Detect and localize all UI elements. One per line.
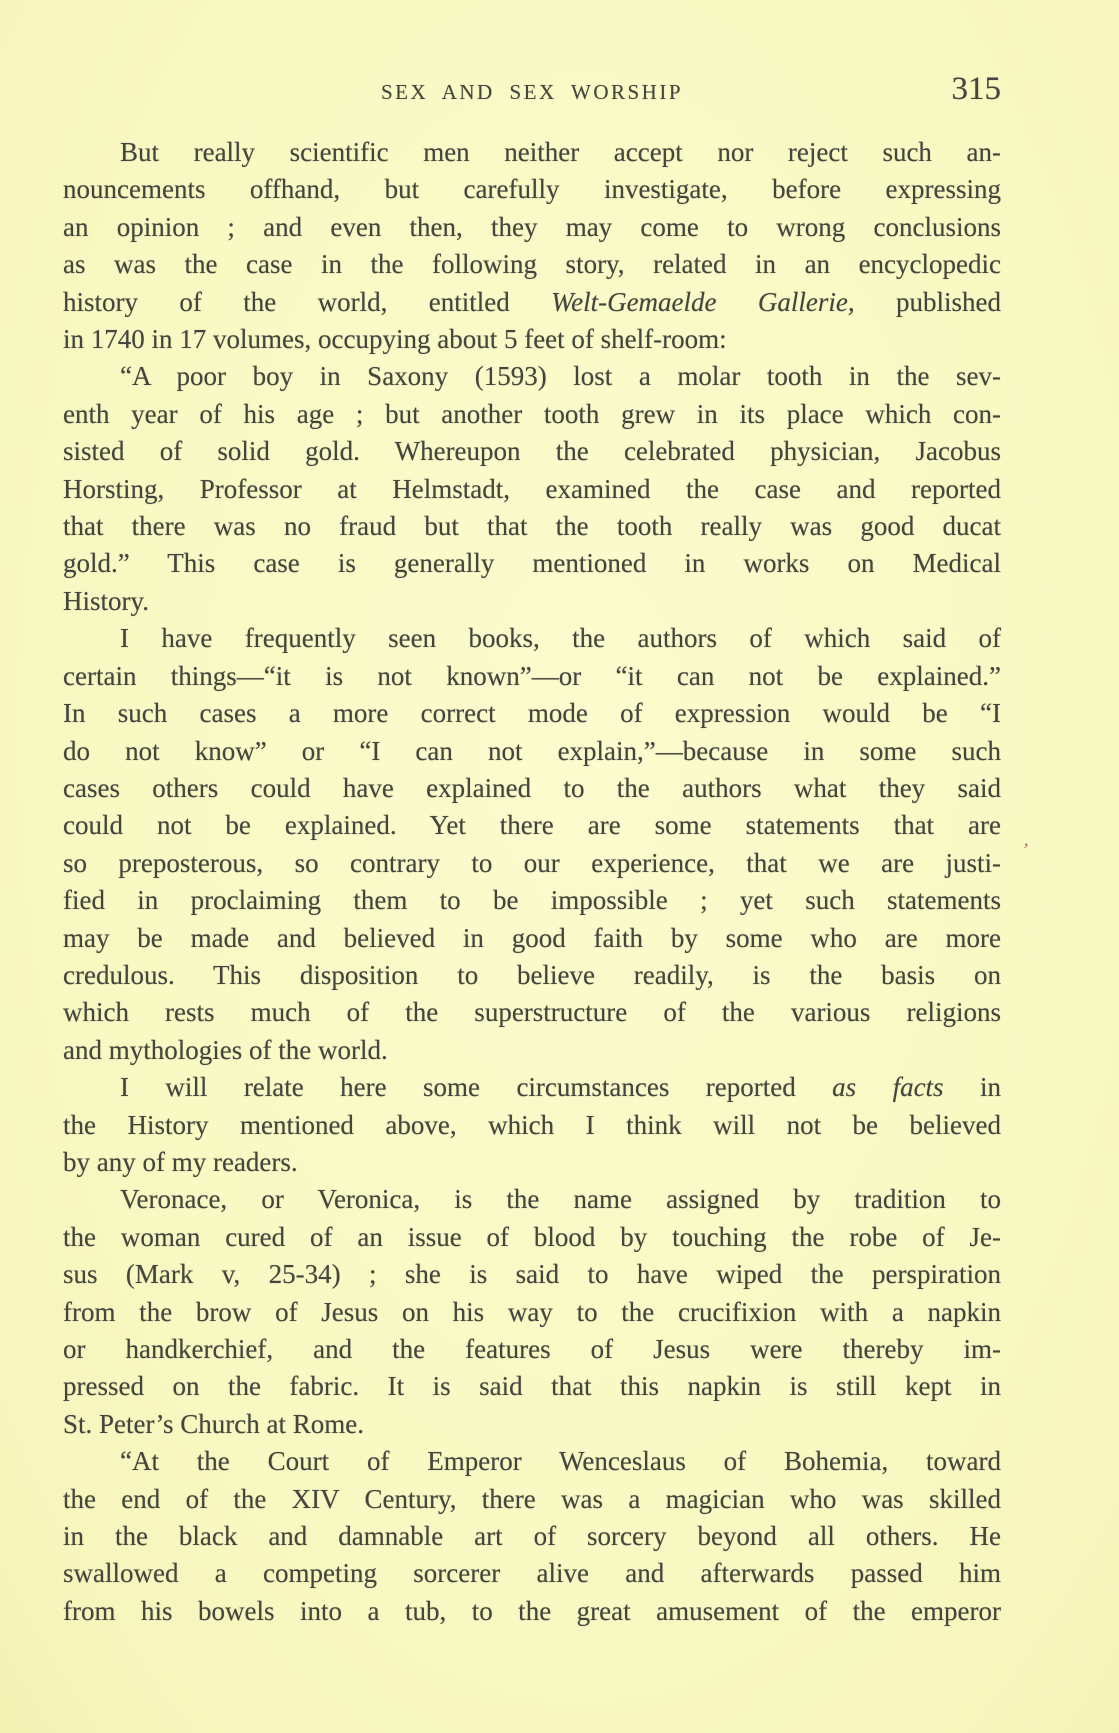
text-line: Veronace, or Veronica, is the name assig… (63, 1181, 1001, 1218)
text-line: pressed on the fabric. It is said that t… (63, 1368, 1001, 1405)
text-line: In such cases a more correct mode of exp… (63, 695, 1001, 732)
text-line: by any of my readers. (63, 1144, 1001, 1181)
text-segment: gold.” This case is generally mentioned … (63, 548, 1001, 578)
text-segment: so preposterous, so contrary to our expe… (63, 848, 1001, 878)
text-segment: St. Peter’s Church at Rome. (63, 1409, 364, 1439)
text-line: credulous. This disposition to believe r… (63, 957, 1001, 994)
text-line: St. Peter’s Church at Rome. (63, 1406, 1001, 1443)
paragraph: “A poor boy in Saxony (1593) lost a mola… (63, 358, 1001, 620)
text-line: that there was no fraud but that the too… (63, 508, 1001, 545)
text-segment: certain things—“it is not known”—or “it … (63, 661, 1001, 691)
text-segment: I have frequently seen books, the author… (120, 623, 1001, 653)
text-line: sus (Mark v, 25-34) ; she is said to hav… (63, 1256, 1001, 1293)
text-line: nouncements offhand, but carefully inves… (63, 171, 1001, 208)
text-segment: Horsting, Professor at Helmstadt, examin… (63, 474, 1001, 504)
text-segment: do not know” or “I can not explain,”—bec… (63, 736, 1001, 766)
text-line: History. (63, 583, 1001, 620)
text-segment: the end of the XIV Century, there was a … (63, 1484, 1001, 1514)
text-segment: fied in proclaiming them to be impossibl… (63, 885, 1001, 915)
text-segment: Veronace, or Veronica, is the name assig… (120, 1184, 1001, 1214)
text-line: as was the case in the following story, … (63, 246, 1001, 283)
text-line: so preposterous, so contrary to our expe… (63, 845, 1001, 882)
italic-text: Welt-Gemaelde Gallerie, (551, 287, 855, 317)
text-line: or handkerchief, and the features of Jes… (63, 1331, 1001, 1368)
text-line: may be made and believed in good faith b… (63, 920, 1001, 957)
text-segment: which rests much of the superstructure o… (63, 997, 1001, 1027)
text-segment: sus (Mark v, 25-34) ; she is said to hav… (63, 1259, 1001, 1289)
text-line: Horsting, Professor at Helmstadt, examin… (63, 471, 1001, 508)
text-segment: the woman cured of an issue of blood by … (63, 1222, 1001, 1252)
book-page: SEX AND SEX WORSHIP 315 But really scien… (0, 0, 1119, 1733)
text-line: sisted of solid gold. Whereupon the cele… (63, 433, 1001, 470)
page-body: But really scientific men neither accept… (63, 134, 1001, 1630)
text-line: the end of the XIV Century, there was a … (63, 1481, 1001, 1518)
text-segment: history of the world, entitled (63, 287, 551, 317)
text-line: I will relate here some circumstances re… (63, 1069, 1001, 1106)
text-segment: as was the case in the following story, … (63, 249, 1001, 279)
text-segment: by any of my readers. (63, 1147, 298, 1177)
text-line: and mythologies of the world. (63, 1032, 1001, 1069)
text-line: cases others could have explained to the… (63, 770, 1001, 807)
text-line: an opinion ; and even then, they may com… (63, 209, 1001, 246)
text-line: “At the Court of Emperor Wenceslaus of B… (63, 1443, 1001, 1480)
text-segment: or handkerchief, and the features of Jes… (63, 1334, 1001, 1364)
text-line: in the black and damnable art of sorcery… (63, 1518, 1001, 1555)
text-segment: enth year of his age ; but another tooth… (63, 399, 1001, 429)
text-line: do not know” or “I can not explain,”—bec… (63, 733, 1001, 770)
text-segment: in 1740 in 17 volumes, occupying about 5… (63, 324, 727, 354)
text-segment: credulous. This disposition to believe r… (63, 960, 1001, 990)
running-header: SEX AND SEX WORSHIP 315 (63, 80, 1001, 105)
text-line: “A poor boy in Saxony (1593) lost a mola… (63, 358, 1001, 395)
text-line: I have frequently seen books, the author… (63, 620, 1001, 657)
text-line: enth year of his age ; but another tooth… (63, 396, 1001, 433)
paragraph: I will relate here some circumstances re… (63, 1069, 1001, 1181)
paragraph: Veronace, or Veronica, is the name assig… (63, 1181, 1001, 1443)
page-number: 315 (952, 71, 1002, 108)
text-segment: In such cases a more correct mode of exp… (63, 698, 1001, 728)
text-segment: in (944, 1072, 1001, 1102)
text-segment: the History mentioned above, which I thi… (63, 1110, 1001, 1140)
text-segment: History. (63, 586, 149, 616)
text-segment: swallowed a competing sorcerer alive and… (63, 1558, 1001, 1588)
text-line: fied in proclaiming them to be impossibl… (63, 882, 1001, 919)
text-segment: and mythologies of the world. (63, 1035, 388, 1065)
running-header-title: SEX AND SEX WORSHIP (63, 80, 1001, 105)
text-segment: may be made and believed in good faith b… (63, 923, 1001, 953)
text-segment: “A poor boy in Saxony (1593) lost a mola… (120, 361, 1001, 391)
text-line: in 1740 in 17 volumes, occupying about 5… (63, 321, 1001, 358)
text-line: the History mentioned above, which I thi… (63, 1107, 1001, 1144)
text-line: the woman cured of an issue of blood by … (63, 1219, 1001, 1256)
text-segment: cases others could have explained to the… (63, 773, 1001, 803)
text-line: from his bowels into a tub, to the great… (63, 1593, 1001, 1630)
text-line: from the brow of Jesus on his way to the… (63, 1294, 1001, 1331)
text-segment: nouncements offhand, but carefully inves… (63, 174, 1001, 204)
text-segment: But really scientific men neither accept… (120, 137, 1001, 167)
text-segment: that there was no fraud but that the too… (63, 511, 1001, 541)
text-segment: an opinion ; and even then, they may com… (63, 212, 1001, 242)
text-line: certain things—“it is not known”—or “it … (63, 658, 1001, 695)
text-line: gold.” This case is generally mentioned … (63, 545, 1001, 582)
text-segment: “At the Court of Emperor Wenceslaus of B… (120, 1446, 1001, 1476)
text-line: history of the world, entitled Welt-Gema… (63, 284, 1001, 321)
text-line: could not be explained. Yet there are so… (63, 807, 1001, 844)
text-segment: from his bowels into a tub, to the great… (63, 1596, 1001, 1626)
text-segment: from the brow of Jesus on his way to the… (63, 1297, 1001, 1327)
text-segment: published (855, 287, 1001, 317)
text-segment: sisted of solid gold. Whereupon the cele… (63, 436, 1001, 466)
paragraph: I have frequently seen books, the author… (63, 620, 1001, 1069)
text-segment: could not be explained. Yet there are so… (63, 810, 1001, 840)
text-segment: in the black and damnable art of sorcery… (63, 1521, 1001, 1551)
italic-text: as facts (832, 1072, 943, 1102)
text-line: But really scientific men neither accept… (63, 134, 1001, 171)
paragraph: “At the Court of Emperor Wenceslaus of B… (63, 1443, 1001, 1630)
text-segment: pressed on the fabric. It is said that t… (63, 1371, 1001, 1401)
text-line: which rests much of the superstructure o… (63, 994, 1001, 1031)
print-artifact-mark: ’ (1020, 840, 1029, 863)
text-segment: I will relate here some circumstances re… (120, 1072, 832, 1102)
text-line: swallowed a competing sorcerer alive and… (63, 1555, 1001, 1592)
paragraph: But really scientific men neither accept… (63, 134, 1001, 358)
